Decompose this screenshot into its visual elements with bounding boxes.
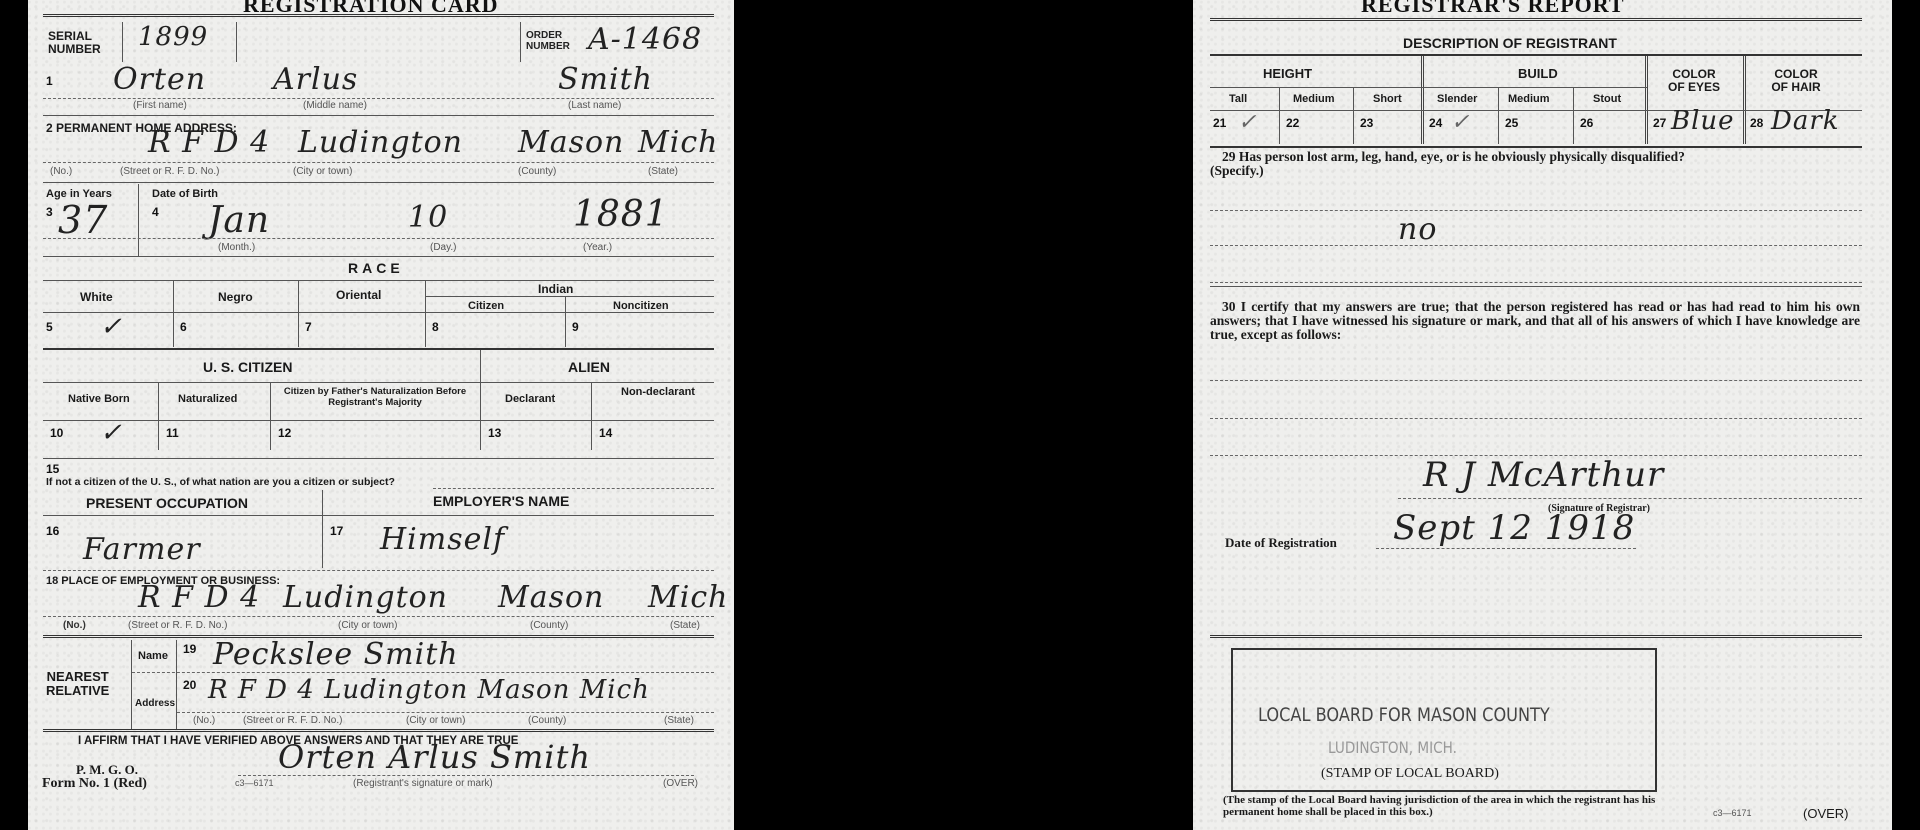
field-number: 19 (183, 642, 196, 656)
order-number-label: ORDER NUMBER (526, 30, 570, 52)
naturalized-label: Naturalized (178, 393, 237, 405)
date-of-registration-value: Sept 12 1918 (1393, 508, 1635, 548)
disqualification-question: 29 Has person lost arm, leg, hand, eye, … (1210, 150, 1870, 178)
divider (270, 383, 271, 450)
divider (1210, 286, 1862, 287)
divider (1210, 282, 1862, 283)
divider (1421, 56, 1424, 144)
divider (43, 14, 714, 17)
divider (43, 570, 714, 571)
race-oriental-label: Oriental (336, 288, 381, 302)
caption: (State) (670, 620, 700, 631)
native-born-checkmark: ✓ (100, 418, 123, 448)
form-number: Form No. 1 (Red) (42, 776, 147, 792)
caption: (Last name) (568, 100, 621, 111)
caption: (Day.) (430, 242, 456, 253)
nearest-relative-label: NEAREST RELATIVE (46, 670, 109, 698)
race-indian-noncitizen-label: Noncitizen (613, 300, 669, 312)
field-number: 20 (183, 678, 196, 692)
caption: (Year.) (583, 242, 612, 253)
caption: (County) (518, 166, 556, 177)
last-name-value: Smith (558, 62, 653, 97)
divider (1210, 54, 1862, 56)
race-white-label: White (80, 290, 113, 304)
divider (43, 382, 714, 383)
home-address-county: Mason (518, 125, 624, 160)
birth-year-value: 1881 (573, 194, 669, 235)
over-label: (OVER) (663, 778, 698, 789)
print-code: c3—6171 (1713, 808, 1752, 818)
declarant-label: Declarant (505, 393, 555, 405)
employer-heading: EMPLOYER'S NAME (433, 493, 569, 509)
first-name-value: Orten (113, 62, 206, 97)
registration-card: REGISTRATION CARD SERIAL NUMBER 1899 ORD… (28, 0, 734, 830)
certification-text: 30 I certify that my answers are true; t… (1210, 300, 1860, 342)
divider (1279, 88, 1280, 144)
field-number: 1 (46, 74, 53, 88)
race-indian-citizen-label: Citizen (468, 300, 504, 312)
caption: (City or town) (293, 166, 352, 177)
height-short-label: Short (1373, 93, 1402, 105)
birth-month-value: Jan (208, 200, 270, 241)
serial-number-label: SERIAL NUMBER (48, 30, 101, 56)
nationality-question: If not a citizen of the U. S., of what n… (46, 476, 395, 488)
race-white-checkmark: ✓ (100, 312, 123, 342)
divider (425, 281, 426, 347)
field-number: 13 (488, 426, 501, 440)
eyes-heading: COLOR OF EYES (1648, 68, 1740, 94)
field-number: 8 (432, 320, 439, 334)
divider (236, 22, 237, 62)
relative-address-label: Address (135, 698, 175, 709)
caption: (Street or R. F. D. No.) (243, 715, 342, 726)
divider (1376, 548, 1636, 549)
divider (1210, 146, 1862, 148)
field-number: 3 (46, 205, 53, 219)
date-of-registration-label: Date of Registration (1225, 535, 1337, 551)
divider (132, 672, 714, 673)
occupation-heading: PRESENT OCCUPATION (86, 495, 248, 511)
eye-color-value: Blue (1671, 106, 1735, 136)
divider (1210, 380, 1862, 381)
alien-heading: ALIEN (568, 359, 610, 375)
us-citizen-heading: U. S. CITIZEN (203, 359, 292, 375)
home-address-city: Ludington (298, 125, 463, 160)
hair-color-value: Dark (1771, 106, 1840, 136)
height-tall-checkmark: ✓ (1238, 110, 1257, 135)
divider (1210, 18, 1862, 21)
stamp-caption: (STAMP OF LOCAL BOARD) (1321, 766, 1499, 782)
divider (158, 383, 159, 450)
build-slender-label: Slender (1437, 93, 1477, 105)
home-address-state: Mich (638, 125, 718, 160)
height-heading: HEIGHT (1263, 66, 1312, 81)
field-number: 23 (1360, 116, 1373, 130)
field-number: 12 (278, 426, 291, 440)
build-heading: BUILD (1518, 66, 1558, 81)
divider (480, 350, 481, 450)
field-number: 7 (305, 320, 312, 334)
divider (1210, 87, 1647, 88)
divider (238, 775, 694, 776)
field-number: 11 (166, 426, 179, 440)
divider (138, 184, 139, 256)
height-tall-label: Tall (1229, 93, 1247, 105)
divider (43, 458, 714, 459)
caption: (No.) (193, 715, 215, 726)
caption: (County) (528, 715, 566, 726)
citizen-by-father-label: Citizen by Father's Naturalization Befor… (280, 386, 470, 408)
registrar-report-card: REGISTRAR'S REPORT DESCRIPTION OF REGIST… (1193, 0, 1892, 830)
caption: (Middle name) (303, 100, 367, 111)
race-indian-heading: Indian (538, 282, 573, 296)
caption: (City or town) (338, 620, 397, 631)
divider (43, 98, 714, 99)
caption: (No.) (63, 620, 86, 631)
field-number: 15 (46, 462, 59, 476)
race-negro-label: Negro (218, 290, 253, 304)
registrant-signature: Orten Arlus Smith (278, 738, 591, 776)
caption: (Registrant's signature or mark) (353, 778, 493, 789)
field-number: 25 (1505, 116, 1518, 130)
divider (173, 281, 174, 347)
divider (1210, 418, 1862, 419)
divider (1398, 498, 1862, 499)
field-number: 16 (46, 524, 59, 538)
field-number: 28 (1750, 116, 1763, 130)
divider (131, 640, 132, 730)
print-code: c3—6171 (235, 778, 274, 788)
disqualification-answer: no (1398, 212, 1437, 247)
field-number: 4 (152, 205, 159, 219)
native-born-label: Native Born (68, 393, 130, 405)
employment-address-city: Ludington (283, 580, 448, 615)
field-number: 24 (1429, 116, 1442, 130)
registrar-signature: R J McArthur (1423, 455, 1664, 495)
divider (43, 312, 714, 313)
caption: (Street or R. F. D. No.) (128, 620, 227, 631)
occupation-value: Farmer (83, 532, 201, 567)
stamp-note: (The stamp of the Local Board having jur… (1223, 794, 1673, 818)
divider (43, 115, 714, 116)
divider (1573, 88, 1574, 144)
divider (520, 22, 521, 62)
divider (177, 712, 714, 713)
divider (1353, 88, 1354, 144)
caption: (First name) (133, 100, 187, 111)
stamp-line-2: LUDINGTON, MICH. (1328, 738, 1457, 757)
divider (43, 256, 714, 257)
caption: (City or town) (406, 715, 465, 726)
divider (1210, 245, 1862, 246)
employment-address-state: Mich (648, 580, 728, 615)
caption: (State) (664, 715, 694, 726)
build-slender-checkmark: ✓ (1451, 110, 1470, 135)
divider (43, 348, 714, 350)
caption: (Street or R. F. D. No.) (120, 166, 219, 177)
divider (426, 296, 714, 297)
divider (43, 280, 714, 281)
field-number: 21 (1213, 116, 1226, 130)
field-number: 14 (599, 426, 612, 440)
serial-number-value: 1899 (138, 22, 208, 52)
employment-address-no: R F D 4 (138, 580, 260, 615)
caption: (State) (648, 166, 678, 177)
field-number: 27 (1653, 116, 1666, 130)
over-label: (OVER) (1803, 806, 1849, 821)
field-number: 10 (50, 426, 63, 440)
date-of-birth-label: Date of Birth (152, 188, 218, 200)
non-declarant-label: Non-declarant (613, 386, 703, 398)
caption: (County) (530, 620, 568, 631)
divider (122, 22, 123, 62)
middle-name-value: Arlus (273, 62, 358, 97)
divider (591, 383, 592, 450)
description-heading: DESCRIPTION OF REGISTRANT (1403, 35, 1617, 51)
relative-address-value: R F D 4 Ludington Mason Mich (208, 675, 650, 705)
divider (1210, 210, 1862, 211)
divider (322, 490, 323, 568)
divider (43, 420, 714, 421)
divider (1210, 635, 1862, 638)
field-number: 26 (1580, 116, 1593, 130)
divider (433, 488, 714, 489)
report-title: REGISTRAR'S REPORT (1361, 0, 1625, 18)
field-number: 5 (46, 320, 53, 334)
age-value: 37 (58, 198, 108, 242)
height-medium-label: Medium (1293, 93, 1335, 105)
stamp-line-1: LOCAL BOARD FOR MASON COUNTY (1258, 704, 1550, 726)
divider (1210, 110, 1862, 111)
field-number: 9 (572, 320, 579, 334)
hair-heading: COLOR OF HAIR (1746, 68, 1846, 94)
birth-day-value: 10 (408, 200, 448, 235)
field-number: 22 (1286, 116, 1299, 130)
home-address-no: R F D 4 (148, 125, 270, 160)
divider (43, 729, 714, 732)
employment-address-county: Mason (498, 580, 604, 615)
divider (43, 238, 714, 239)
divider (43, 182, 714, 183)
divider (43, 162, 714, 163)
caption: (No.) (50, 166, 72, 177)
divider (43, 616, 714, 617)
caption: (Month.) (218, 242, 255, 253)
order-number-value: A-1468 (588, 22, 702, 57)
build-stout-label: Stout (1593, 93, 1621, 105)
employer-value: Himself (380, 522, 505, 557)
divider (1498, 88, 1499, 144)
field-number: 6 (180, 320, 187, 334)
divider (43, 515, 714, 516)
divider (176, 640, 177, 730)
divider (298, 281, 299, 347)
field-number: 17 (330, 524, 343, 538)
relative-name-value: Peckslee Smith (213, 637, 459, 672)
relative-name-label: Name (138, 650, 168, 662)
build-medium-label: Medium (1508, 93, 1550, 105)
race-heading: RACE (348, 260, 404, 276)
divider (565, 296, 566, 347)
